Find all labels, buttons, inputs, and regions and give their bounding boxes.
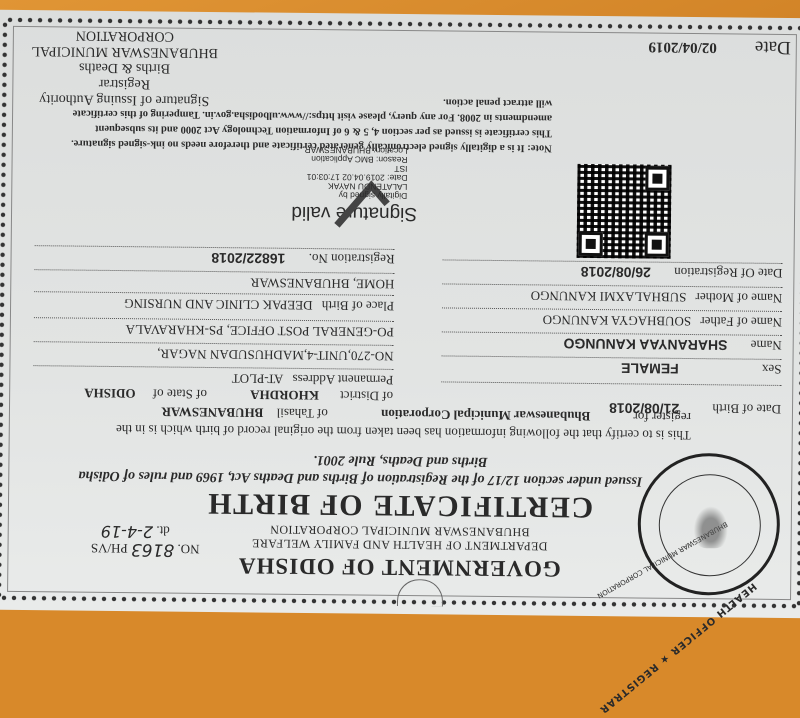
name-line: Name SHARANYAA KANUNGO: [563, 335, 781, 354]
dob-label: Date of Birth: [712, 401, 781, 417]
qr-finder-bottom-left: [645, 167, 669, 191]
district-value: KHORDHA: [250, 387, 319, 403]
ref-dt-label: dt.: [156, 523, 170, 538]
ref-dt-handwritten: 2-4-19: [101, 522, 153, 542]
tahasil-label: of Tahasil: [277, 406, 328, 422]
sig-meta-line: Date: 2019.04.02 17:03:01: [304, 172, 407, 182]
issuing-authority-title: Signature of Issuing Authority: [0, 90, 254, 109]
father-value: SOUBHAGYA KANUNGO: [543, 312, 692, 329]
name-value: SHARANYAA KANUNGO: [563, 336, 727, 354]
qr-code: [577, 164, 672, 259]
father-line: Name of Father SOUBHAGYA KANUNGO: [543, 311, 782, 330]
pob-value-2: HOME, BHUBANESWAR: [251, 274, 395, 292]
ref-no-suffix: PH/VS: [91, 541, 128, 556]
reference-number: NO. 8163 PH/VS: [91, 539, 200, 560]
mother-line: Name of Mother SUBHALAXMI KANUNGO: [531, 287, 783, 306]
tahasil-value: BHUBANESWAR: [161, 404, 263, 420]
address-label: Permanent Address: [292, 372, 393, 388]
mother-value: SUBHALAXMI KANUNGO: [531, 288, 687, 305]
address-value-1: AT-PLOT: [232, 371, 284, 387]
sex-line: Sex FEMALE: [621, 359, 781, 378]
reference-date: dt. 2-4-19: [101, 522, 170, 542]
birth-certificate-sheet: GOVERNMENT OF ODISHA DEPARTMENT OF HEALT…: [0, 10, 800, 600]
issuing-authority: Signature of Issuing Authority Registrar…: [0, 26, 255, 109]
regno-label: Registration No.: [309, 251, 395, 267]
pob-value-1: DEEPAK CLINIC AND NURSING: [124, 296, 313, 313]
state-value: ODISHA: [84, 386, 135, 402]
register-for-value: Bhubaneswar Municipal Corporation: [381, 407, 590, 424]
qr-finder-top-left: [645, 233, 669, 257]
india-map-icon: [691, 502, 731, 548]
state-label: of State of: [153, 386, 207, 402]
name-label: Name: [751, 338, 782, 353]
issuing-authority-role: Registrar: [0, 74, 254, 93]
dor-label: Date Of Registration: [674, 265, 782, 281]
sex-label: Sex: [762, 362, 782, 377]
ref-no-label: NO.: [177, 542, 199, 557]
address-line: Permanent Address AT-PLOT: [232, 370, 394, 388]
sex-value: FEMALE: [621, 360, 679, 377]
dob-line: Date of Birth 21/08/2018: [609, 399, 781, 418]
regno-value: 16822/2018: [211, 250, 285, 267]
dor-line: Date Of Registration 26/08/2018: [581, 263, 783, 282]
issue-date-value: 02/04/2019: [648, 38, 717, 56]
regno-line: Registration No. 16822/2018: [211, 249, 394, 268]
pob-label: Place of Birth: [322, 298, 394, 314]
issue-date-label: Date: [755, 36, 791, 58]
address-value-2: NO-270,UNIT-4,MADHUSUDAN NAGAR,: [157, 345, 394, 363]
qr-finder-top-right: [579, 232, 603, 256]
pob-line: Place of Birth DEEPAK CLINIC AND NURSING: [124, 295, 394, 314]
ref-no-handwritten: 8163: [131, 539, 174, 559]
dor-value: 26/08/2018: [581, 264, 651, 281]
dob-value: 21/08/2018: [609, 400, 679, 417]
father-label: Name of Father: [700, 314, 782, 330]
issuing-authority-dept: Births & Deaths: [0, 58, 255, 77]
district-label: of District: [340, 388, 393, 404]
address-value-3: PO-GENERAL POST OFFICE, PS-KHARAVALA: [126, 321, 394, 340]
district-line: of District KHORDHA of State of ODISHA: [84, 385, 393, 404]
issuing-authority-org: BHUBANESWAR MUNICIPAL CORPORATION: [0, 26, 255, 61]
mother-label: Name of Mother: [695, 290, 782, 306]
